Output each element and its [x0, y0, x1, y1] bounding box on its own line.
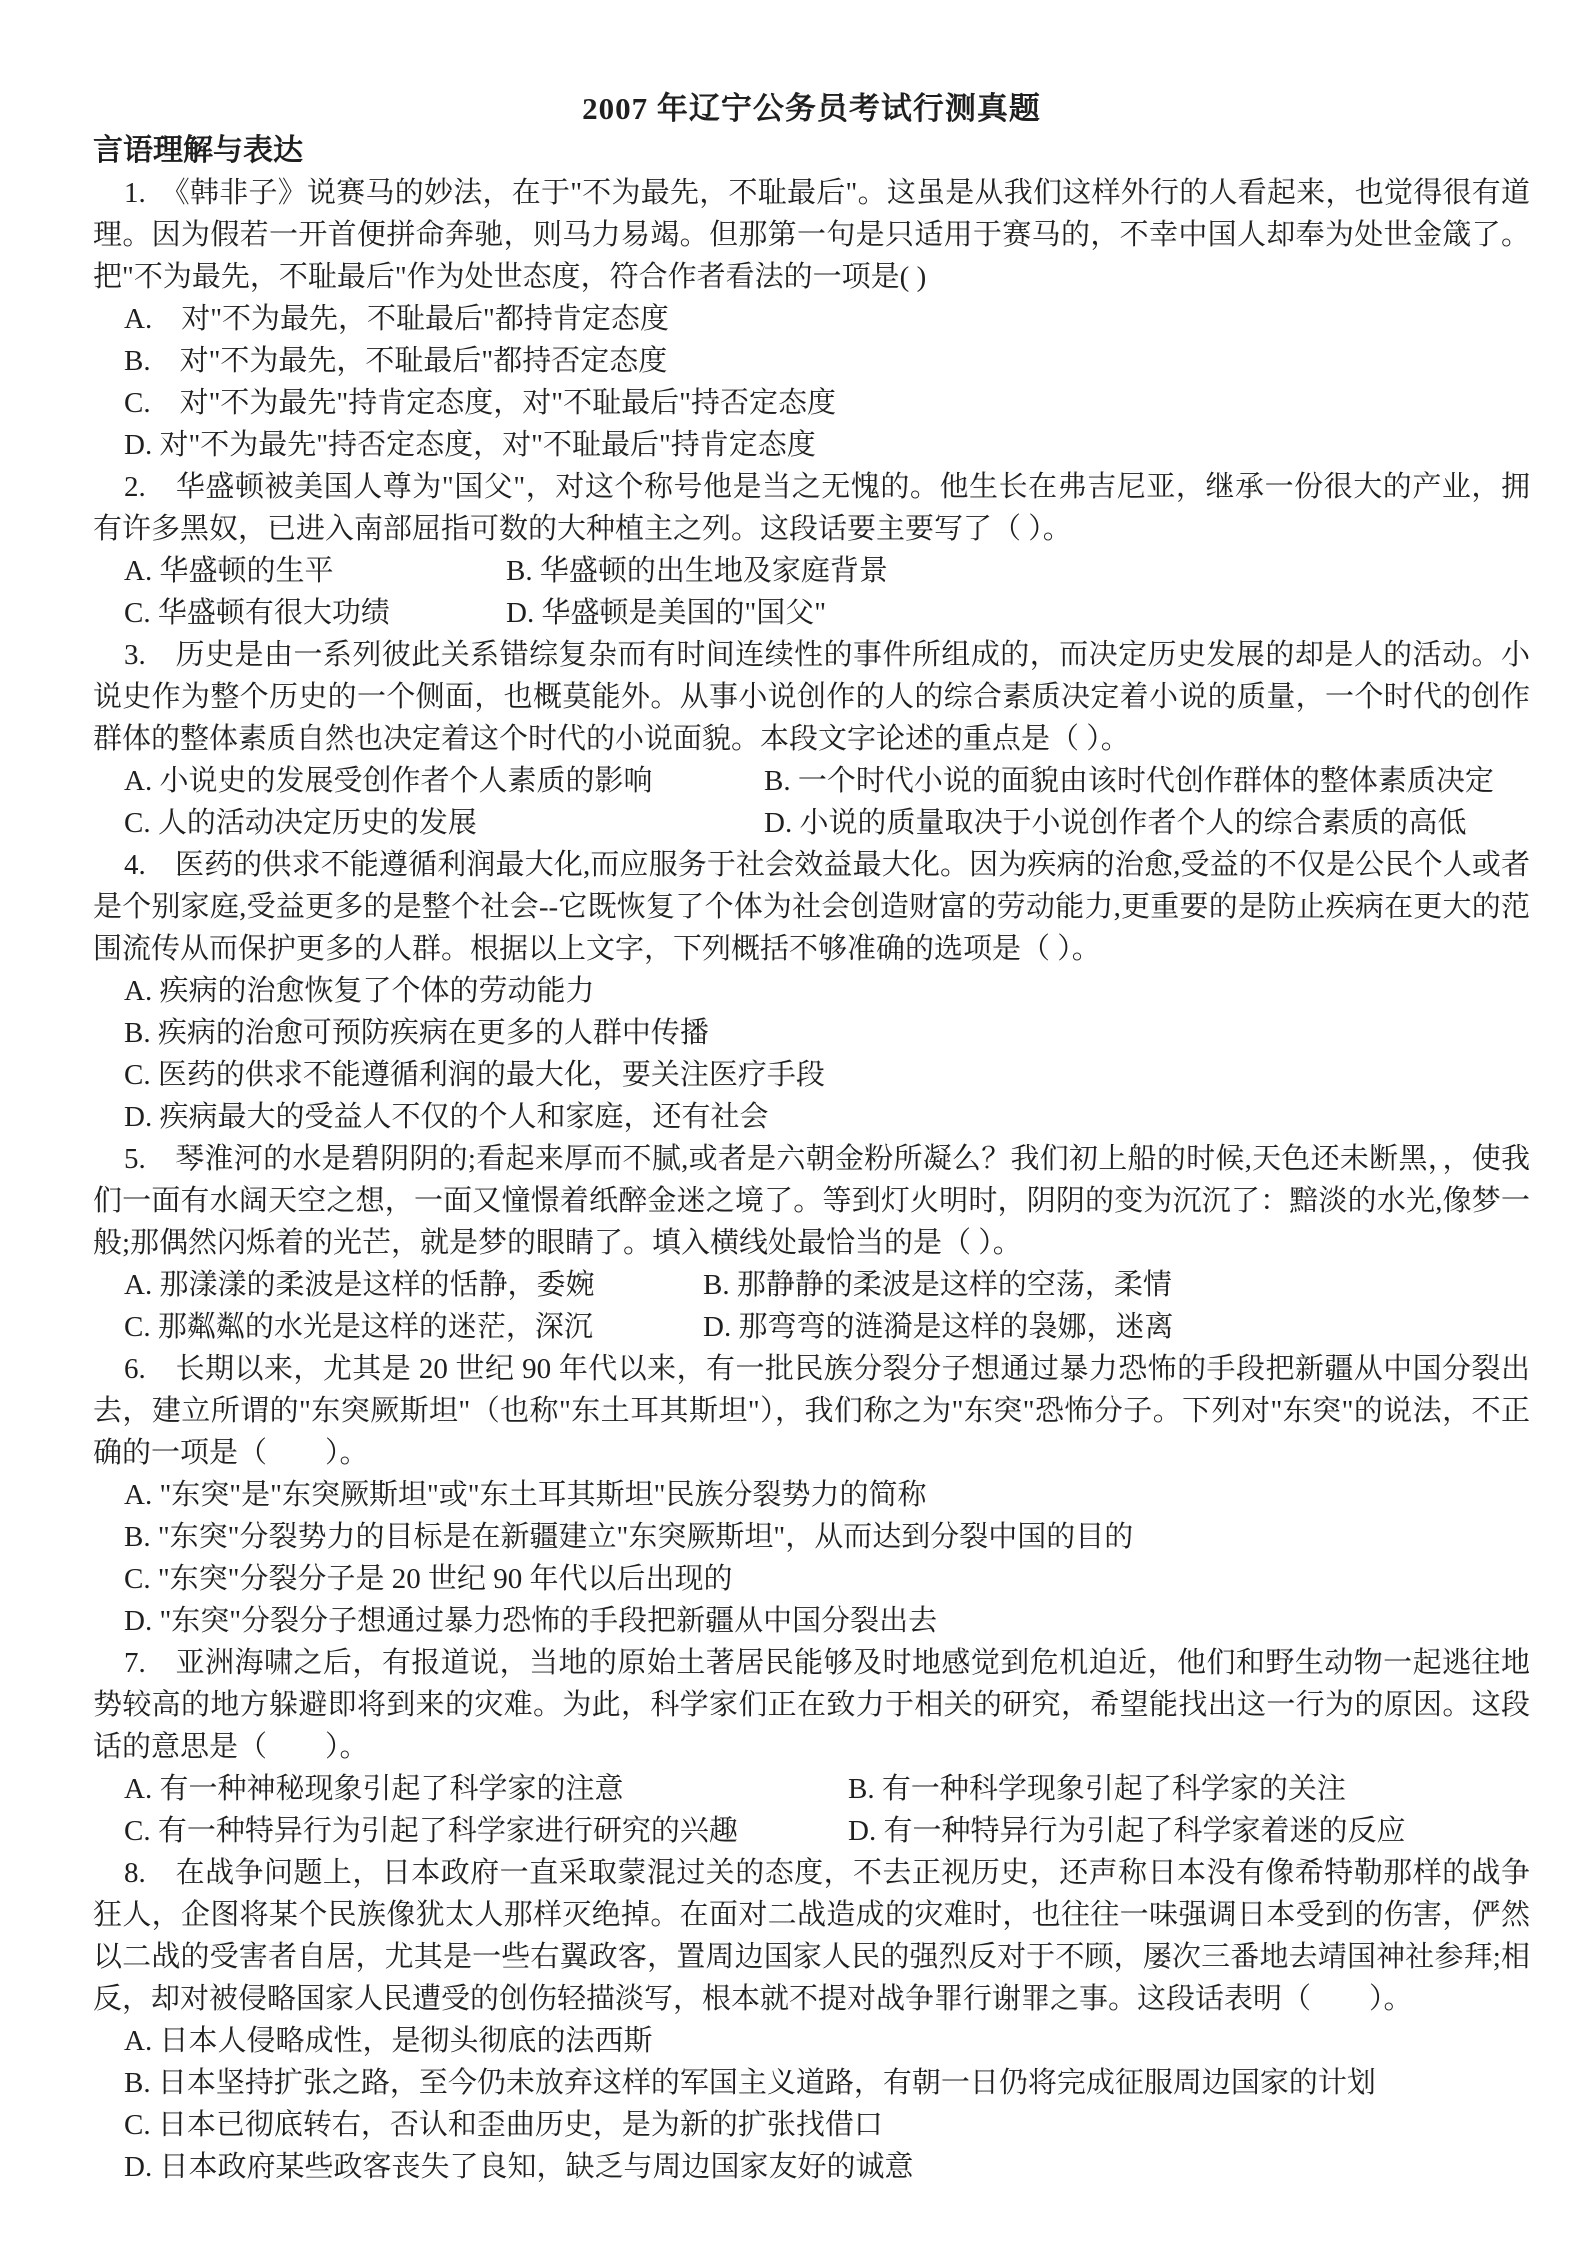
- option: C. 华盛顿有很大功绩: [124, 592, 506, 634]
- page-title: 2007 年辽宁公务员考试行测真题: [93, 88, 1530, 130]
- option: C. 有一种特异行为引起了科学家进行研究的兴趣: [124, 1810, 848, 1852]
- options-row: C. 华盛顿有很大功绩 D. 华盛顿是美国的"国父": [93, 592, 1530, 634]
- option: D. 有一种特异行为引起了科学家着迷的反应: [848, 1810, 1405, 1852]
- option: B. 那静静的柔波是这样的空荡，柔情: [703, 1264, 1172, 1306]
- question-stem: 3. 历史是由一系列彼此关系错综复杂而有时间连续性的事件所组成的，而决定历史发展…: [93, 634, 1530, 760]
- option: D. 华盛顿是美国的"国父": [506, 592, 826, 634]
- options-row: A. 华盛顿的生平 B. 华盛顿的出生地及家庭背景: [93, 550, 1530, 592]
- option: C. "东突"分裂分子是 20 世纪 90 年代以后出现的: [93, 1558, 1530, 1600]
- option: D. 对"不为最先"持否定态度，对"不耻最后"持肯定态度: [93, 424, 1530, 466]
- option: A. 对"不为最先，不耻最后"都持肯定态度: [93, 298, 1530, 340]
- question-3: 3. 历史是由一系列彼此关系错综复杂而有时间连续性的事件所组成的，而决定历史发展…: [93, 634, 1530, 844]
- question-4: 4. 医药的供求不能遵循利润最大化,而应服务于社会效益最大化。因为疾病的治愈,受…: [93, 844, 1530, 1138]
- option: C. 医药的供求不能遵循利润的最大化，要关注医疗手段: [93, 1054, 1530, 1096]
- option: D. "东突"分裂分子想通过暴力恐怖的手段把新疆从中国分裂出去: [93, 1600, 1530, 1642]
- option: A. 那漾漾的柔波是这样的恬静，委婉: [124, 1264, 703, 1306]
- options-row: A. 那漾漾的柔波是这样的恬静，委婉 B. 那静静的柔波是这样的空荡，柔情: [93, 1264, 1530, 1306]
- section-heading: 言语理解与表达: [93, 130, 1530, 172]
- question-2: 2. 华盛顿被美国人尊为"国父"，对这个称号他是当之无愧的。他生长在弗吉尼亚，继…: [93, 466, 1530, 634]
- question-6: 6. 长期以来，尤其是 20 世纪 90 年代以来，有一批民族分裂分子想通过暴力…: [93, 1348, 1530, 1642]
- option: B. 日本坚持扩张之路，至今仍未放弃这样的军国主义道路，有朝一日仍将完成征服周边…: [93, 2062, 1530, 2104]
- option: D. 那弯弯的涟漪是这样的袅娜，迷离: [703, 1306, 1173, 1348]
- options-row: C. 那粼粼的水光是这样的迷茫，深沉 D. 那弯弯的涟漪是这样的袅娜，迷离: [93, 1306, 1530, 1348]
- question-stem: 7. 亚洲海啸之后，有报道说，当地的原始土著居民能够及时地感觉到危机迫近，他们和…: [93, 1642, 1530, 1768]
- options-row: C. 人的活动决定历史的发展 D. 小说的质量取决于小说创作者个人的综合素质的高…: [93, 802, 1530, 844]
- options-row: A. 小说史的发展受创作者个人素质的影响 B. 一个时代小说的面貌由该时代创作群…: [93, 760, 1530, 802]
- options-row: C. 有一种特异行为引起了科学家进行研究的兴趣 D. 有一种特异行为引起了科学家…: [93, 1810, 1530, 1852]
- option: C. 日本已彻底转右，否认和歪曲历史，是为新的扩张找借口: [93, 2104, 1530, 2146]
- option: C. 对"不为最先"持肯定态度，对"不耻最后"持否定态度: [93, 382, 1530, 424]
- option: D. 小说的质量取决于小说创作者个人的综合素质的高低: [764, 802, 1466, 844]
- question-1: 1. 《韩非子》说赛马的妙法，在于"不为最先，不耻最后"。这虽是从我们这样外行的…: [93, 172, 1530, 466]
- option: A. "东突"是"东突厥斯坦"或"东土耳其斯坦"民族分裂势力的简称: [93, 1474, 1530, 1516]
- option: A. 小说史的发展受创作者个人素质的影响: [124, 760, 764, 802]
- question-8: 8. 在战争问题上，日本政府一直采取蒙混过关的态度，不去正视历史，还声称日本没有…: [93, 1852, 1530, 2188]
- question-stem: 6. 长期以来，尤其是 20 世纪 90 年代以来，有一批民族分裂分子想通过暴力…: [93, 1348, 1530, 1474]
- option: C. 那粼粼的水光是这样的迷茫，深沉: [124, 1306, 703, 1348]
- question-5: 5. 琴淮河的水是碧阴阴的;看起来厚而不腻,或者是六朝金粉所凝么？我们初上船的时…: [93, 1138, 1530, 1348]
- option: D. 疾病最大的受益人不仅的个人和家庭，还有社会: [93, 1096, 1530, 1138]
- option: A. 疾病的治愈恢复了个体的劳动能力: [93, 970, 1530, 1012]
- option: B. 华盛顿的出生地及家庭背景: [506, 550, 888, 592]
- option: B. 有一种科学现象引起了科学家的关注: [848, 1768, 1346, 1810]
- option: C. 人的活动决定历史的发展: [124, 802, 764, 844]
- question-stem: 8. 在战争问题上，日本政府一直采取蒙混过关的态度，不去正视历史，还声称日本没有…: [93, 1852, 1530, 2020]
- question-7: 7. 亚洲海啸之后，有报道说，当地的原始土著居民能够及时地感觉到危机迫近，他们和…: [93, 1642, 1530, 1852]
- option: D. 日本政府某些政客丧失了良知，缺乏与周边国家友好的诚意: [93, 2146, 1530, 2188]
- options-row: A. 有一种神秘现象引起了科学家的注意 B. 有一种科学现象引起了科学家的关注: [93, 1768, 1530, 1810]
- option: B. 一个时代小说的面貌由该时代创作群体的整体素质决定: [764, 760, 1494, 802]
- option: B. 疾病的治愈可预防疾病在更多的人群中传播: [93, 1012, 1530, 1054]
- option: B. 对"不为最先，不耻最后"都持否定态度: [93, 340, 1530, 382]
- question-stem: 2. 华盛顿被美国人尊为"国父"，对这个称号他是当之无愧的。他生长在弗吉尼亚，继…: [93, 466, 1530, 550]
- option: A. 日本人侵略成性，是彻头彻底的法西斯: [93, 2020, 1530, 2062]
- question-stem: 5. 琴淮河的水是碧阴阴的;看起来厚而不腻,或者是六朝金粉所凝么？我们初上船的时…: [93, 1138, 1530, 1264]
- question-stem: 4. 医药的供求不能遵循利润最大化,而应服务于社会效益最大化。因为疾病的治愈,受…: [93, 844, 1530, 970]
- option: A. 华盛顿的生平: [124, 550, 506, 592]
- document-page: 2007 年辽宁公务员考试行测真题 言语理解与表达 1. 《韩非子》说赛马的妙法…: [0, 0, 1594, 2252]
- question-stem: 1. 《韩非子》说赛马的妙法，在于"不为最先，不耻最后"。这虽是从我们这样外行的…: [93, 172, 1530, 298]
- option: B. "东突"分裂势力的目标是在新疆建立"东突厥斯坦"，从而达到分裂中国的目的: [93, 1516, 1530, 1558]
- option: A. 有一种神秘现象引起了科学家的注意: [124, 1768, 848, 1810]
